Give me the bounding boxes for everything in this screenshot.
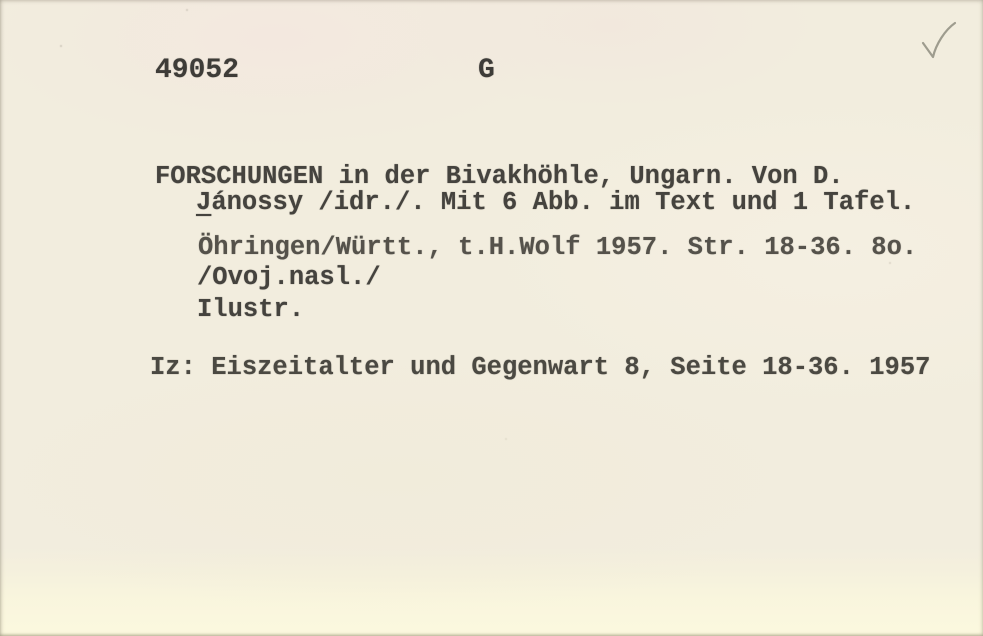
imprint-line: Öhringen/Württ., t.H.Wolf 1957. Str. 18-… <box>198 233 917 263</box>
paper-specks <box>0 0 2 2</box>
call-number: 49052 <box>155 56 239 86</box>
catalog-card: 49052 G FORSCHUNGEN in der Bivakhöhle, U… <box>0 0 983 636</box>
illustration-note: Ilustr. <box>197 295 304 325</box>
pencil-checkmark-icon <box>916 16 968 68</box>
source-citation-line: Iz: Eiszeitalter und Gegenwart 8, Seite … <box>150 353 930 383</box>
author-underlined-initial: J <box>196 188 211 217</box>
title-line-2: Jánossy /idr./. Mit 6 Abb. im Text und 1… <box>196 188 915 218</box>
title-line-2-rest: ánossy /idr./. Mit 6 Abb. im Text und 1 … <box>211 188 915 217</box>
section-letter: G <box>478 56 495 86</box>
cover-note: /Ovoj.nasl./ <box>197 263 381 293</box>
